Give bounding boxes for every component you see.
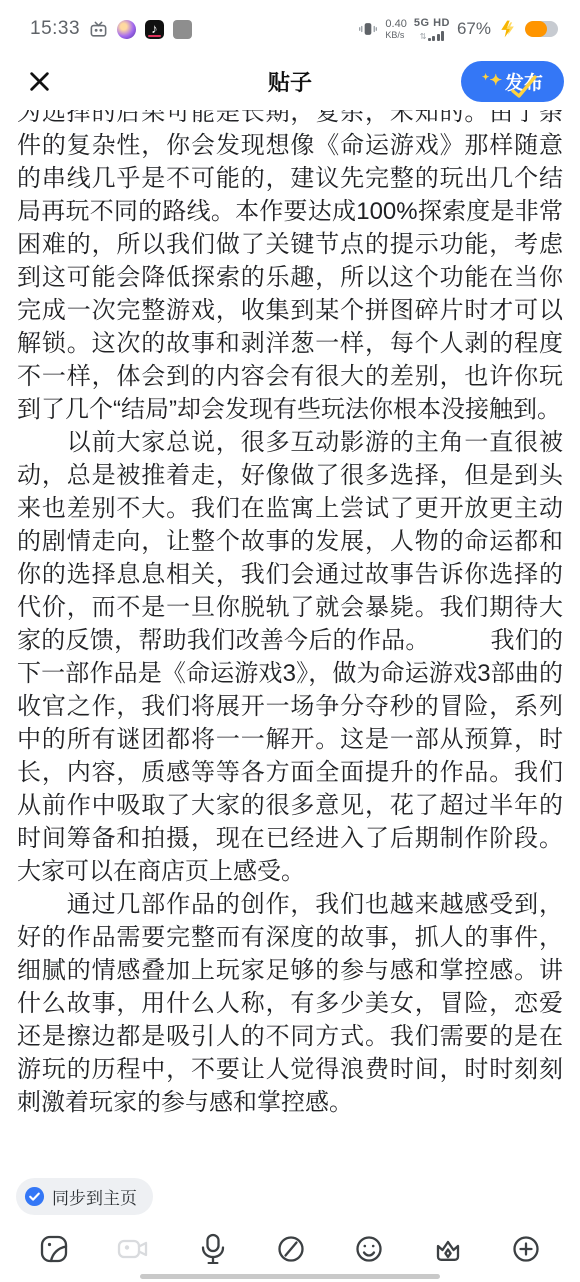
post-text: 为选择的后果可能是长期，复杂，未知的。由于条件的复杂性，你会发现想像《命运游戏》… [17,110,563,1119]
battery-percent: 67% [457,19,491,39]
plus-icon[interactable] [510,1233,542,1265]
microphone-icon[interactable] [197,1232,229,1266]
check-circle-icon [24,1186,45,1207]
emoji-icon[interactable] [353,1233,385,1265]
net-speed: 0.40 KB/s [385,19,406,40]
composer-toolbar [0,1224,580,1274]
link-icon[interactable] [275,1233,307,1265]
home-indicator-bar[interactable] [140,1274,440,1279]
paragraph: 以前大家总说，很多互动影游的主角一直很被动，总是被推着走，好像做了很多选择，但是… [17,426,563,888]
vibrate-icon [358,19,378,39]
close-button[interactable] [26,68,53,95]
publish-button[interactable]: ✦✦ 发布 [461,61,564,102]
post-header: 贴子 ✦✦ 发布 [0,52,580,110]
douyin-icon: ♪ [145,20,164,39]
status-bar: 15:33 ♪ 0.40 KB/s 5G HD ⇅ [0,0,580,52]
gray-square-icon [173,20,192,39]
sync-to-home-label: 同步到主页 [52,1184,137,1209]
publish-label: 发布 [505,73,543,94]
tv-icon [89,20,108,39]
battery-icon [525,21,558,37]
clock: 15:33 [30,18,80,40]
sparkles-icon: ✦✦ [482,73,502,88]
paragraph: 为选择的后果可能是长期，复杂，未知的。由于条件的复杂性，你会发现想像《命运游戏》… [17,110,563,426]
app-circle-icon [117,20,136,39]
photo-icon[interactable] [38,1233,70,1265]
paragraph: 通过几部作品的创作，我们也越来越感受到，好的作品需要完整而有深度的故事，抓人的事… [17,888,563,1119]
video-camera-icon[interactable] [116,1234,150,1264]
post-text-editor[interactable]: 为选择的后果可能是长期，复杂，未知的。由于条件的复杂性，你会发现想像《命运游戏》… [0,110,580,1164]
charging-bolt-icon [498,19,518,39]
signal-bars: 5G HD ⇅ [414,18,450,41]
battery-fill [525,21,547,37]
crown-icon[interactable] [432,1233,464,1265]
sync-to-home-toggle[interactable]: 同步到主页 [16,1178,153,1215]
